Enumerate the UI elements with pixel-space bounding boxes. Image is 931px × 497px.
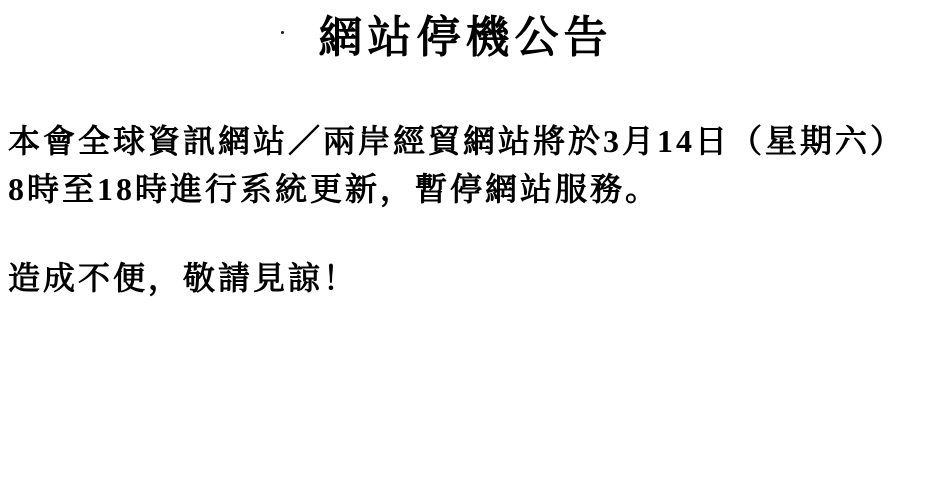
closing-line: 造成不便，敬請見諒！ bbox=[8, 254, 927, 302]
page-title: 網站停機公告 bbox=[0, 10, 931, 66]
announcement-line-1: 本會全球資訊網站／兩岸經貿網站將於3月14日（星期六） bbox=[8, 117, 927, 165]
closing-paragraph: 造成不便，敬請見諒！ bbox=[8, 254, 927, 302]
announcement-line-2: 8時至18時進行系統更新，暫停網站服務。 bbox=[8, 165, 927, 213]
announcement-paragraph: 本會全球資訊網站／兩岸經貿網站將於3月14日（星期六） 8時至18時進行系統更新… bbox=[8, 117, 927, 213]
maintenance-notice-page: 網站停機公告 本會全球資訊網站／兩岸經貿網站將於3月14日（星期六） 8時至18… bbox=[0, 0, 931, 497]
